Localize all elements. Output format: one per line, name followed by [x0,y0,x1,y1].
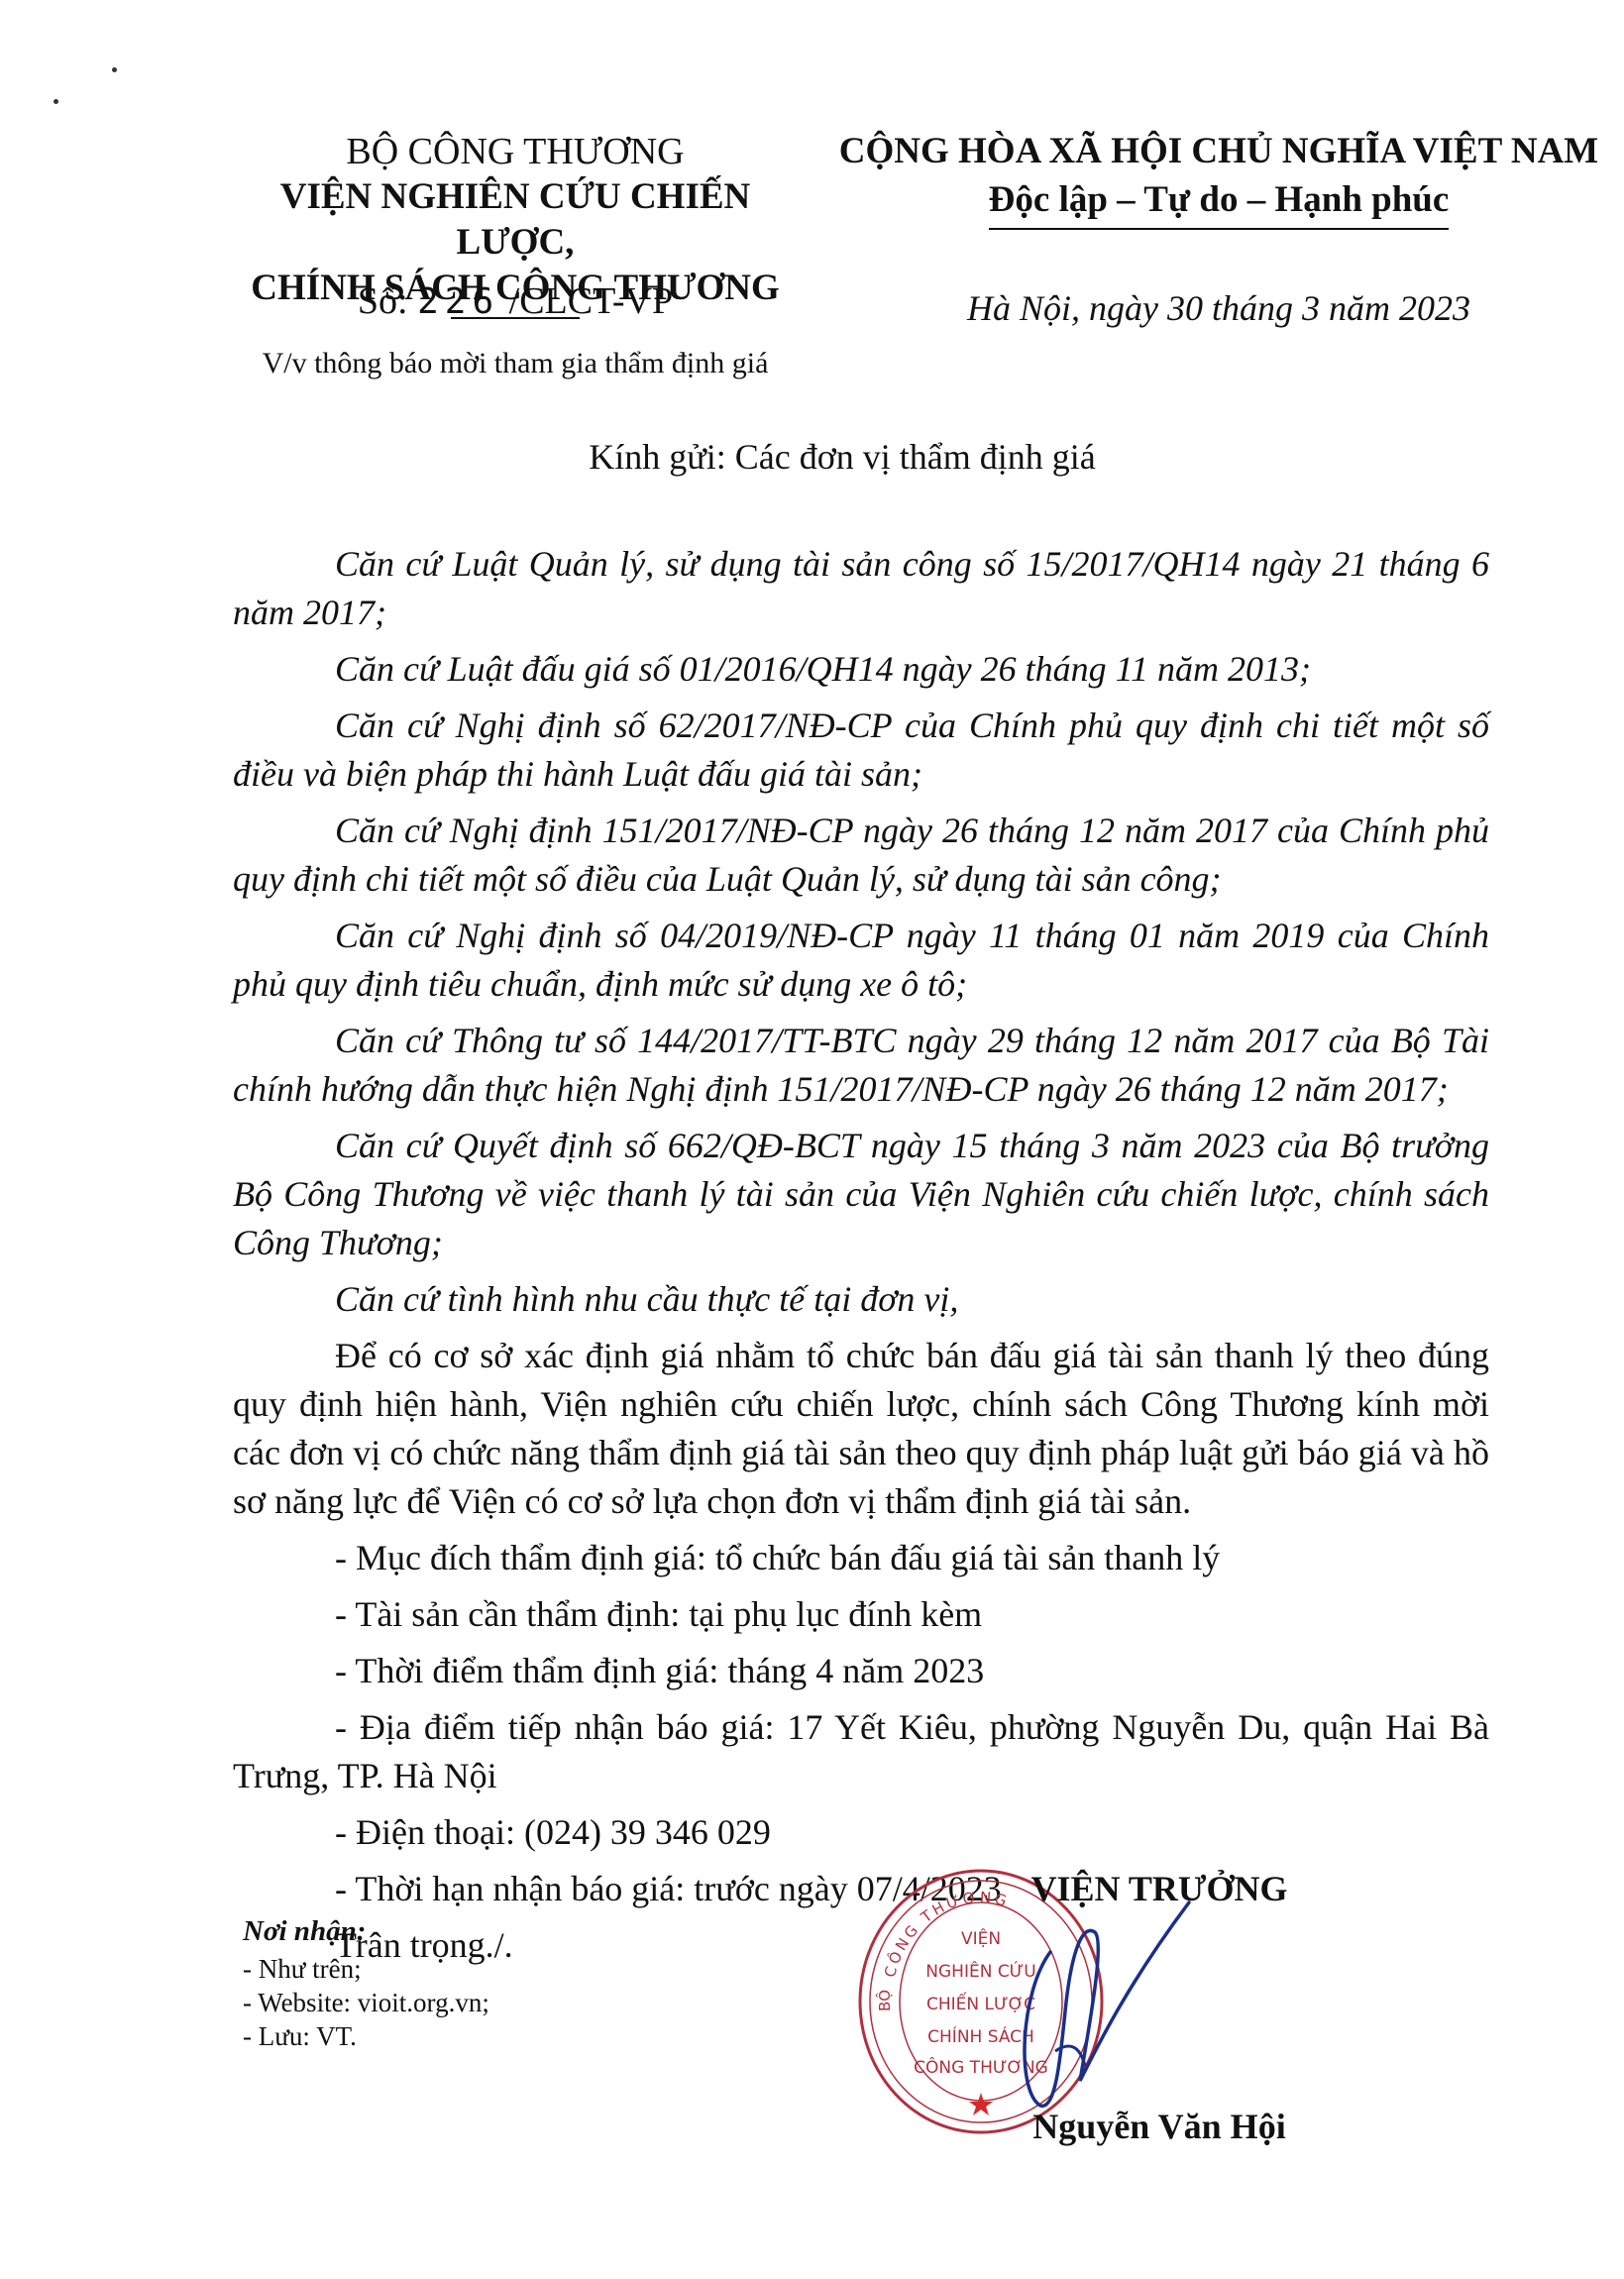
legal-basis: Căn cứ Luật Quản lý, sử dụng tài sản côn… [233,540,1489,637]
recipient-line: Kính gửi: Các đơn vị thẩm định giá [198,436,1486,478]
recipients-title: Nơi nhận: [243,1914,738,1948]
document-number: Số: 226 /CLCT-VP [228,279,803,323]
institute-name-line1: VIỆN NGHIÊN CỨU CHIẾN LƯỢC, [228,174,803,266]
detail-item: - Thời điểm thẩm định giá: tháng 4 năm 2… [233,1647,1489,1695]
detail-item: - Mục đích thẩm định giá: tổ chức bán đấ… [233,1534,1489,1582]
doc-number-label: Số: [358,280,408,322]
recipient-item: - Website: vioit.org.vn; [243,1986,738,2019]
legal-basis: Căn cứ Nghị định 151/2017/NĐ-CP ngày 26 … [233,807,1489,904]
recipients-block: Nơi nhận: - Như trên; - Website: vioit.o… [243,1914,738,2053]
svg-text:BỘ: BỘ [875,1990,894,2011]
detail-item: - Điện thoại: (024) 39 346 029 [233,1808,1489,1857]
handwritten-signature-icon [1011,1893,1209,2120]
legal-basis: Căn cứ Quyết định số 662/QĐ-BCT ngày 15 … [233,1122,1489,1267]
legal-basis: Căn cứ Thông tư số 144/2017/TT-BTC ngày … [233,1017,1489,1114]
legal-basis: Căn cứ tình hình nhu cầu thực tế tại đơn… [233,1275,1489,1324]
recipient-item: - Lưu: VT. [243,2019,738,2053]
main-paragraph: Để có cơ sở xác định giá nhằm tổ chức bá… [233,1332,1489,1526]
doc-number-suffix: /CLCT-VP [509,280,673,322]
svg-text:VIỆN: VIỆN [961,1927,1001,1949]
detail-item: - Địa điểm tiếp nhận báo giá: 17 Yết Kiê… [233,1703,1489,1800]
detail-item: - Tài sản cần thẩm định: tại phụ lục đín… [233,1590,1489,1639]
scan-speck [54,99,58,104]
place-date: Hà Nội, ngày 30 tháng 3 năm 2023 [812,287,1624,329]
recipient-item: - Như trên; [243,1952,738,1986]
ministry-name: BỘ CÔNG THƯƠNG [228,129,803,174]
scan-speck [112,67,117,72]
doc-number-value: 226 [417,281,499,322]
signatory-name: Nguyễn Văn Hội [991,2106,1328,2147]
nation-name: CỘNG HÒA XÃ HỘI CHỦ NGHĨA VIỆT NAM [812,129,1624,174]
legal-basis: Căn cứ Nghị định số 62/2017/NĐ-CP của Ch… [233,702,1489,799]
national-motto: Độc lập – Tự do – Hạnh phúc [989,174,1450,230]
legal-basis: Căn cứ Luật đấu giá số 01/2016/QH14 ngày… [233,645,1489,694]
signatory-title: VIỆN TRƯỞNG [991,1868,1328,1909]
letter-body: Căn cứ Luật Quản lý, sử dụng tài sản côn… [233,540,1489,1970]
national-header: CỘNG HÒA XÃ HỘI CHỦ NGHĨA VIỆT NAM Độc l… [812,129,1624,230]
document-subject: V/v thông báo mời tham gia thẩm định giá [228,347,803,380]
legal-basis: Căn cứ Nghị định số 04/2019/NĐ-CP ngày 1… [233,912,1489,1009]
